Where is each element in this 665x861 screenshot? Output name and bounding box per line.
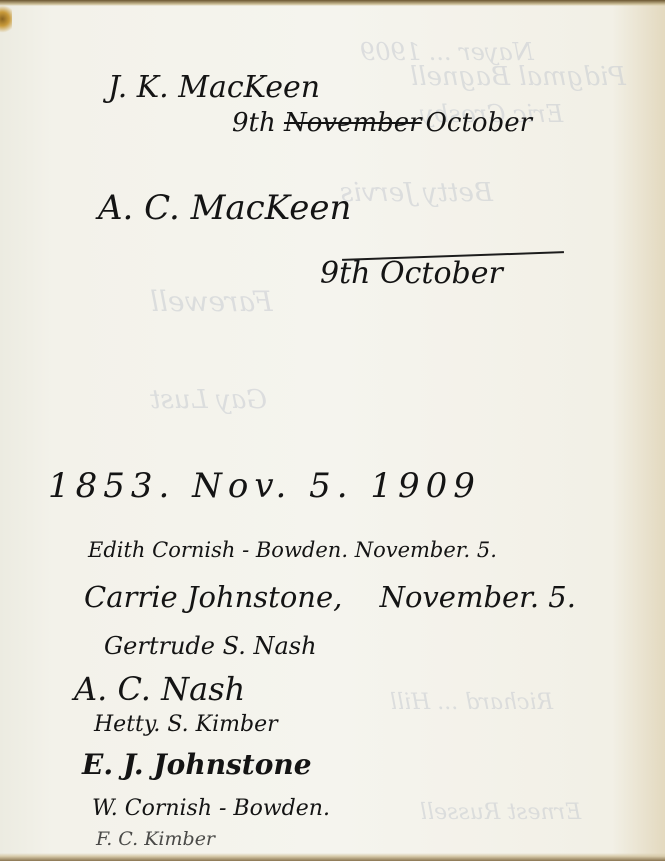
section-heading-date: 1853. Nov. 5. 1909 — [48, 466, 481, 506]
signature-ej-johnstone: E. J. Johnstone — [82, 748, 312, 781]
bleed-through-text: Ernest Russell — [420, 800, 581, 825]
entry-date: 9th October — [320, 256, 503, 291]
signature-ac-nash: A. C. Nash — [74, 670, 245, 708]
date-month: October — [426, 108, 532, 138]
signature-hetty-kimber: Hetty. S. Kimber — [94, 712, 278, 737]
signature-row: Edith Cornish - Bowden. November. 5. — [88, 538, 497, 562]
signature-gertrude-nash: Gertrude S. Nash — [104, 632, 317, 660]
entry-date: 9th NovemberOctober — [232, 108, 532, 138]
entry-date: November. 5. — [355, 538, 497, 562]
entry-date: November. 5. — [380, 580, 576, 614]
bleed-through-text: Pidgmal Bagnell — [410, 62, 626, 92]
signature-ac-mackeen: A. C. MacKeen — [98, 188, 351, 228]
signature-carrie-johnstone: Carrie Johnstone, — [84, 580, 342, 614]
date-month: October — [380, 256, 503, 291]
bleed-through-text: Gay Lust — [150, 385, 267, 415]
signature-row: Carrie Johnstone, November. 5. — [84, 580, 576, 614]
date-struck-month: November — [284, 108, 422, 138]
signature-w-cornish-bowden: W. Cornish - Bowden. — [92, 796, 330, 821]
bleed-through-text: Farewell — [150, 285, 273, 318]
binding-corner — [0, 2, 12, 36]
signature-fc-kimber: F. C. Kimber — [96, 828, 215, 850]
signature-edith-cornish-bowden: Edith Cornish - Bowden. — [88, 538, 348, 562]
bleed-through-text: Betty Jervis — [340, 178, 493, 208]
signature-jk-mackeen: J. K. MacKeen — [108, 70, 320, 105]
date-ordinal: 9th — [320, 256, 370, 291]
bleed-through-text: Richard ... Hill — [390, 690, 553, 715]
date-ordinal: 9th — [232, 108, 276, 138]
autograph-page: Nayer ... 1909 Pidgmal Bagnell Eric Cros… — [0, 0, 665, 861]
